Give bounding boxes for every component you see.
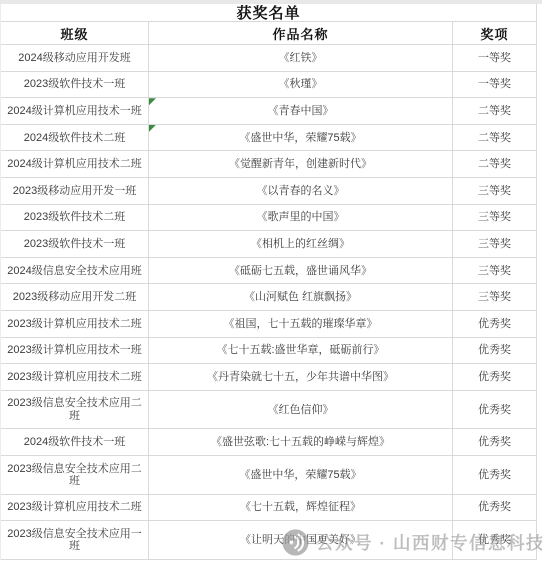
award-cell[interactable]: 优秀奖	[453, 364, 536, 390]
table-title-cell[interactable]: 获奖名单	[1, 4, 536, 22]
work-cell[interactable]: 《红色信仰》	[149, 391, 453, 429]
table-row: 2023级计算机应用技术二班 《丹青染就七十五，少年共谱中华图》 优秀奖	[1, 364, 536, 391]
award-text: 优秀奖	[478, 534, 511, 546]
work-cell[interactable]: 《盛世中华，荣耀75载》	[149, 456, 453, 494]
work-cell[interactable]: 《红铁》	[149, 45, 453, 71]
class-text: 2023级软件技术二班	[24, 211, 125, 223]
work-cell[interactable]: 《让明天的中国更美好》	[149, 521, 453, 559]
cell-error-triangle-icon	[149, 98, 156, 105]
award-cell[interactable]: 三等奖	[453, 178, 536, 204]
award-text: 优秀奖	[478, 404, 511, 416]
table-row: 2024级移动应用开发班 《红铁》 一等奖	[1, 45, 536, 72]
header-cell-work[interactable]: 作品名称	[149, 22, 453, 44]
class-text: 2023级移动应用开发一班	[13, 185, 136, 197]
work-cell[interactable]: 《歌声里的中国》	[149, 205, 453, 231]
work-title-text: 《红铁》	[279, 52, 323, 64]
class-cell[interactable]: 2023级计算机应用技术二班	[1, 311, 149, 337]
award-text: 一等奖	[478, 78, 511, 90]
cell-error-triangle-icon	[149, 125, 156, 132]
table-row: 2024级计算机应用技术一班 《青春中国》 二等奖	[1, 98, 536, 125]
award-cell[interactable]: 优秀奖	[453, 391, 536, 429]
award-text: 二等奖	[478, 132, 511, 144]
award-text: 优秀奖	[478, 436, 511, 448]
table-row: 2023级计算机应用技术二班 《祖国，七十五载的璀璨华章》 优秀奖	[1, 311, 536, 338]
work-cell[interactable]: 《以青春的名义》	[149, 178, 453, 204]
work-cell[interactable]: 《相机上的红丝绸》	[149, 231, 453, 257]
award-text: 三等奖	[478, 291, 511, 303]
award-text: 二等奖	[478, 158, 511, 170]
work-title-text: 《七十五载，辉煌征程》	[240, 501, 361, 513]
class-text: 2023级信息安全技术应用二班	[3, 397, 146, 421]
header-label-award: 奖项	[480, 24, 508, 43]
work-title-text: 《祖国，七十五载的璀璨华章》	[224, 318, 378, 330]
class-text: 2024级移动应用开发班	[18, 52, 130, 64]
table-row: 2023级软件技术一班 《秋瑾》 一等奖	[1, 72, 536, 99]
work-title-text: 《盛世中华，荣耀75载》	[239, 132, 361, 144]
work-cell[interactable]: 《盛世中华，荣耀75载》	[149, 125, 453, 151]
class-text: 2023级信息安全技术应用一班	[3, 528, 146, 552]
award-text: 优秀奖	[478, 469, 511, 481]
award-cell[interactable]: 二等奖	[453, 151, 536, 177]
work-cell[interactable]: 《砥砺七五载，盛世诵风华》	[149, 258, 453, 284]
class-cell[interactable]: 2024级计算机应用技术二班	[1, 151, 149, 177]
work-cell[interactable]: 《七十五载:盛世华章，砥砺前行》	[149, 338, 453, 364]
award-cell[interactable]: 优秀奖	[453, 521, 536, 559]
work-title-text: 《红色信仰》	[268, 404, 334, 416]
class-cell[interactable]: 2024级软件技术二班	[1, 125, 149, 151]
header-cell-class[interactable]: 班级	[1, 22, 149, 44]
work-cell[interactable]: 《秋瑾》	[149, 72, 453, 98]
award-cell[interactable]: 一等奖	[453, 72, 536, 98]
work-title-text: 《觉醒新青年，创建新时代》	[229, 158, 372, 170]
work-title-text: 《让明天的中国更美好》	[240, 534, 361, 546]
class-text: 2023级软件技术一班	[24, 238, 125, 250]
work-title-text: 《青春中国》	[268, 105, 334, 117]
class-cell[interactable]: 2023级信息安全技术应用一班	[1, 521, 149, 559]
class-cell[interactable]: 2023级计算机应用技术二班	[1, 364, 149, 390]
table-row: 2024级软件技术一班 《盛世弦歌:七十五载的峥嵘与辉煌》 优秀奖	[1, 429, 536, 456]
class-text: 2023级计算机应用技术二班	[7, 501, 141, 513]
table-row: 2023级软件技术二班 《歌声里的中国》 三等奖	[1, 205, 536, 232]
header-label-work: 作品名称	[272, 24, 328, 43]
spreadsheet-table: 获奖名单 班级 作品名称 奖项 2024级移动应用开发班 《红铁》 一等奖 20…	[0, 4, 537, 560]
work-cell[interactable]: 《山河赋色 红旗飘扬》	[149, 284, 453, 310]
class-cell[interactable]: 2023级计算机应用技术一班	[1, 338, 149, 364]
class-text: 2024级信息安全技术应用班	[7, 265, 141, 277]
work-title-text: 《相机上的红丝绸》	[251, 238, 350, 250]
class-cell[interactable]: 2024级计算机应用技术一班	[1, 98, 149, 124]
page-title: 获奖名单	[236, 2, 300, 23]
class-text: 2023级软件技术一班	[24, 78, 125, 90]
class-cell[interactable]: 2024级信息安全技术应用班	[1, 258, 149, 284]
table-row: 2023级计算机应用技术一班 《七十五载:盛世华章，砥砺前行》 优秀奖	[1, 338, 536, 365]
class-cell[interactable]: 2023级软件技术二班	[1, 205, 149, 231]
table-row: 2023级信息安全技术应用二班 《盛世中华，荣耀75载》 优秀奖	[1, 456, 536, 495]
award-text: 三等奖	[478, 185, 511, 197]
work-title-text: 《歌声里的中国》	[257, 211, 345, 223]
class-cell[interactable]: 2023级计算机应用技术二班	[1, 495, 149, 521]
award-text: 三等奖	[478, 211, 511, 223]
table-row: 2024级信息安全技术应用班 《砥砺七五载，盛世诵风华》 三等奖	[1, 258, 536, 285]
table-row: 2023级计算机应用技术二班 《七十五载，辉煌征程》 优秀奖	[1, 495, 536, 522]
work-title-text: 《山河赋色 红旗飘扬》	[244, 291, 357, 303]
class-text: 2024级软件技术一班	[24, 436, 125, 448]
work-title-text: 《七十五载:盛世华章，砥砺前行》	[216, 344, 384, 356]
table-header-row: 班级 作品名称 奖项	[1, 22, 536, 45]
award-text: 优秀奖	[478, 344, 511, 356]
class-cell[interactable]: 2023级移动应用开发二班	[1, 284, 149, 310]
award-cell[interactable]: 二等奖	[453, 98, 536, 124]
award-cell[interactable]: 优秀奖	[453, 429, 536, 455]
work-title-text: 《盛世弦歌:七十五载的峥嵘与辉煌》	[211, 436, 390, 448]
table-row: 2023级移动应用开发二班 《山河赋色 红旗飘扬》 三等奖	[1, 284, 536, 311]
award-cell[interactable]: 三等奖	[453, 258, 536, 284]
work-cell[interactable]: 《青春中国》	[149, 98, 453, 124]
class-text: 2024级计算机应用技术二班	[7, 158, 141, 170]
class-text: 2023级计算机应用技术一班	[7, 344, 141, 356]
class-text: 2023级移动应用开发二班	[13, 291, 136, 303]
work-cell[interactable]: 《七十五载，辉煌征程》	[149, 495, 453, 521]
award-cell[interactable]: 优秀奖	[453, 311, 536, 337]
table-row: 2023级信息安全技术应用一班 《让明天的中国更美好》 优秀奖	[1, 521, 536, 560]
class-text: 2024级计算机应用技术一班	[7, 105, 141, 117]
award-cell[interactable]: 三等奖	[453, 284, 536, 310]
class-cell[interactable]: 2024级软件技术一班	[1, 429, 149, 455]
class-cell[interactable]: 2024级移动应用开发班	[1, 45, 149, 71]
work-title-text: 《丹青染就七十五，少年共谱中华图》	[207, 371, 394, 383]
class-text: 2023级计算机应用技术二班	[7, 318, 141, 330]
work-title-text: 《以青春的名义》	[257, 185, 345, 197]
award-cell[interactable]: 二等奖	[453, 125, 536, 151]
table-row: 2023级信息安全技术应用二班 《红色信仰》 优秀奖	[1, 391, 536, 430]
class-text: 2023级计算机应用技术二班	[7, 371, 141, 383]
award-cell[interactable]: 优秀奖	[453, 338, 536, 364]
header-label-class: 班级	[60, 24, 88, 43]
award-cell[interactable]: 一等奖	[453, 45, 536, 71]
class-cell[interactable]: 2023级软件技术一班	[1, 72, 149, 98]
class-cell[interactable]: 2023级信息安全技术应用二班	[1, 456, 149, 494]
award-text: 三等奖	[478, 265, 511, 277]
work-cell[interactable]: 《丹青染就七十五，少年共谱中华图》	[149, 364, 453, 390]
award-text: 优秀奖	[478, 501, 511, 513]
table-row: 2023级软件技术一班 《相机上的红丝绸》 三等奖	[1, 231, 536, 258]
award-cell[interactable]: 三等奖	[453, 231, 536, 257]
table-body: 2024级移动应用开发班 《红铁》 一等奖 2023级软件技术一班 《秋瑾》 一…	[1, 45, 536, 560]
award-text: 优秀奖	[478, 371, 511, 383]
class-text: 2024级软件技术二班	[24, 132, 125, 144]
award-text: 二等奖	[478, 105, 511, 117]
award-text: 一等奖	[478, 52, 511, 64]
work-cell[interactable]: 《觉醒新青年，创建新时代》	[149, 151, 453, 177]
award-cell[interactable]: 优秀奖	[453, 456, 536, 494]
work-title-text: 《盛世中华，荣耀75载》	[239, 469, 361, 481]
work-cell[interactable]: 《盛世弦歌:七十五载的峥嵘与辉煌》	[149, 429, 453, 455]
class-cell[interactable]: 2023级移动应用开发一班	[1, 178, 149, 204]
award-cell[interactable]: 优秀奖	[453, 495, 536, 521]
award-text: 优秀奖	[478, 318, 511, 330]
header-cell-award[interactable]: 奖项	[453, 22, 536, 44]
work-cell[interactable]: 《祖国，七十五载的璀璨华章》	[149, 311, 453, 337]
work-title-text: 《砥砺七五载，盛世诵风华》	[229, 265, 372, 277]
table-row: 2024级软件技术二班 《盛世中华，荣耀75载》 二等奖	[1, 125, 536, 152]
class-text: 2023级信息安全技术应用二班	[3, 463, 146, 487]
table-row: 2023级移动应用开发一班 《以青春的名义》 三等奖	[1, 178, 536, 205]
work-title-text: 《秋瑾》	[279, 78, 323, 90]
class-cell[interactable]: 2023级软件技术一班	[1, 231, 149, 257]
award-cell[interactable]: 三等奖	[453, 205, 536, 231]
award-text: 三等奖	[478, 238, 511, 250]
table-row: 2024级计算机应用技术二班 《觉醒新青年，创建新时代》 二等奖	[1, 151, 536, 178]
class-cell[interactable]: 2023级信息安全技术应用二班	[1, 391, 149, 429]
